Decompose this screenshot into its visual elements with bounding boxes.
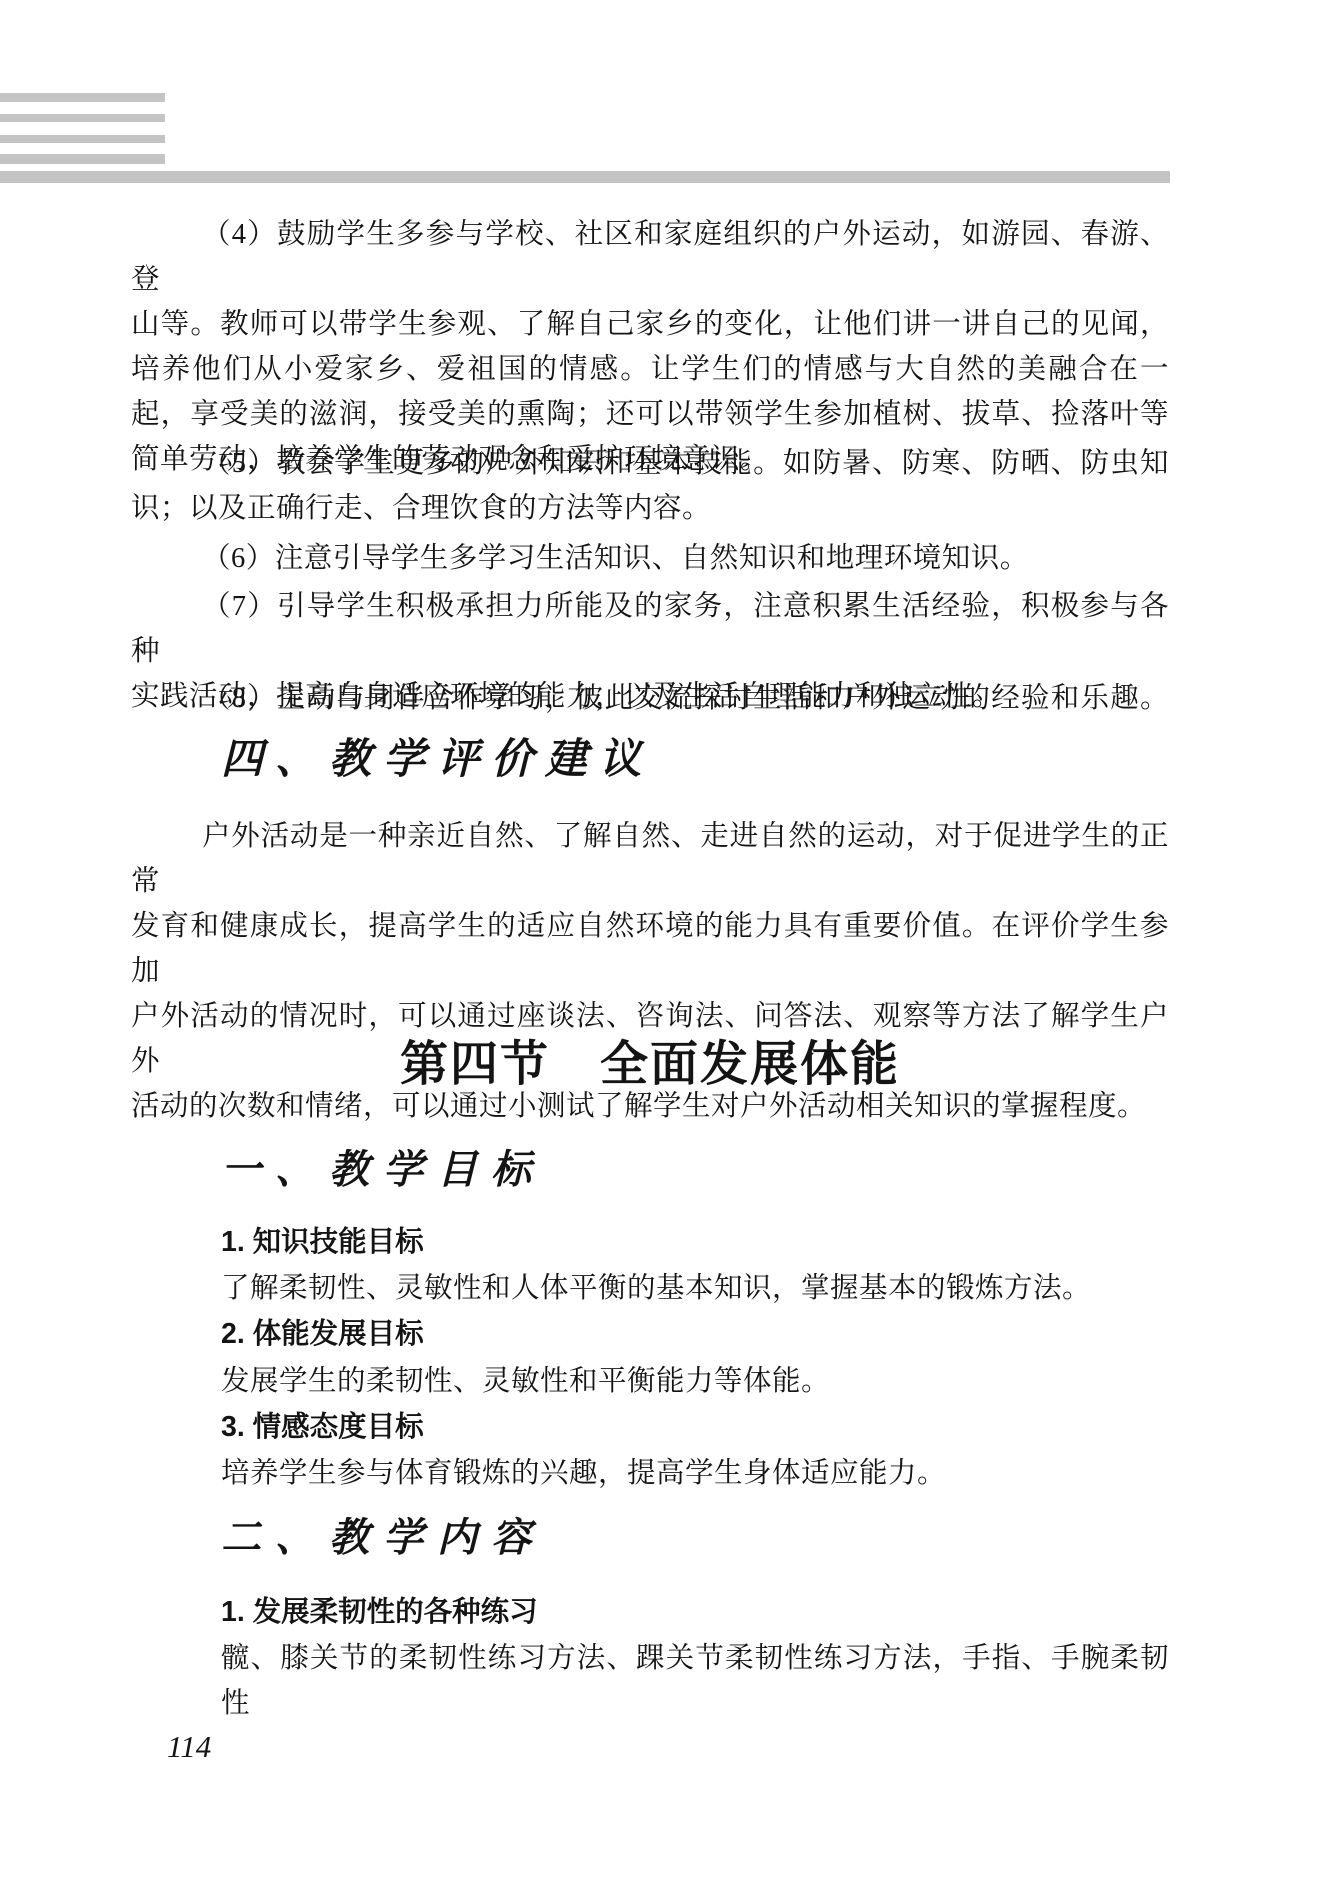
heading-teaching-content: 二、教学内容	[221, 1514, 545, 1562]
heading-eval-suggestions: 四、教学评价建议	[221, 735, 653, 785]
paragraph-5-line: 识；以及正确行走、合理饮食的方法等内容。	[131, 486, 1169, 531]
heading-teaching-goals: 一、教学目标	[221, 1146, 545, 1194]
goal-1-title: 1. 知识技能目标	[221, 1222, 424, 1262]
header-stripe-1	[0, 93, 165, 102]
goal-2-title: 2. 体能发展目标	[221, 1314, 424, 1354]
header-stripe-2	[0, 114, 165, 122]
paragraph-4-line: 山等。教师可以带学生参观、了解自己家乡的变化，让他们讲一讲自己的见闻，	[131, 302, 1169, 347]
paragraph-4-line: （4）鼓励学生多参与学校、社区和家庭组织的户外运动，如游园、春游、登	[131, 212, 1169, 302]
paragraph-8: （8）主动与同伴合作学习，彼此交流探讨生活和户外运动的经验和乐趣。	[131, 676, 1169, 721]
paragraph-8-line: （8）主动与同伴合作学习，彼此交流探讨生活和户外运动的经验和乐趣。	[131, 676, 1169, 721]
goal-2-body: 发展学生的柔韧性、灵敏性和平衡能力等体能。	[221, 1359, 830, 1404]
page-number: 114	[167, 1727, 211, 1767]
goal-3-body: 培养学生参与体育锻炼的兴趣，提高学生身体适应能力。	[221, 1451, 946, 1496]
paragraph-7-line: （7）引导学生积极承担力所能及的家务，注意积累生活经验，积极参与各种	[131, 584, 1169, 674]
content-1-body: 髋、膝关节的柔韧性练习方法、踝关节柔韧性练习方法，手指、手腕柔韧性	[221, 1636, 1169, 1726]
content-1-title: 1. 发展柔韧性的各种练习	[221, 1592, 538, 1632]
paragraph-6: （6）注意引导学生多学习生活知识、自然知识和地理环境知识。	[131, 536, 1169, 581]
textbook-page: （4）鼓励学生多参与学校、社区和家庭组织的户外运动，如游园、春游、登 山等。教师…	[0, 0, 1331, 1884]
goal-3-title: 3. 情感态度目标	[221, 1407, 424, 1447]
header-stripe-4	[0, 154, 165, 164]
paragraph-eval-line: 户外活动是一种亲近自然、了解自然、走进自然的运动，对于促进学生的正常	[131, 814, 1169, 904]
header-rule-bar	[0, 171, 1170, 183]
paragraph-5-line: （5）教会学生更多的户外知识和基本技能。如防暑、防寒、防晒、防虫知	[131, 441, 1169, 486]
chapter-section-title: 第四节 全面发展体能	[131, 1035, 1169, 1095]
goal-1-body: 了解柔韧性、灵敏性和人体平衡的基本知识，掌握基本的锻炼方法。	[221, 1266, 1091, 1311]
header-stripe-3	[0, 135, 165, 143]
paragraph-6-line: （6）注意引导学生多学习生活知识、自然知识和地理环境知识。	[131, 536, 1169, 581]
paragraph-4-line: 培养他们从小爱家乡、爱祖国的情感。让学生们的情感与大自然的美融合在一	[131, 347, 1169, 392]
paragraph-eval-line: 发育和健康成长，提高学生的适应自然环境的能力具有重要价值。在评价学生参加	[131, 904, 1169, 994]
paragraph-5: （5）教会学生更多的户外知识和基本技能。如防暑、防寒、防晒、防虫知 识；以及正确…	[131, 441, 1169, 531]
paragraph-4-line: 起，享受美的滋润，接受美的熏陶；还可以带领学生参加植树、拔草、捡落叶等	[131, 392, 1169, 437]
